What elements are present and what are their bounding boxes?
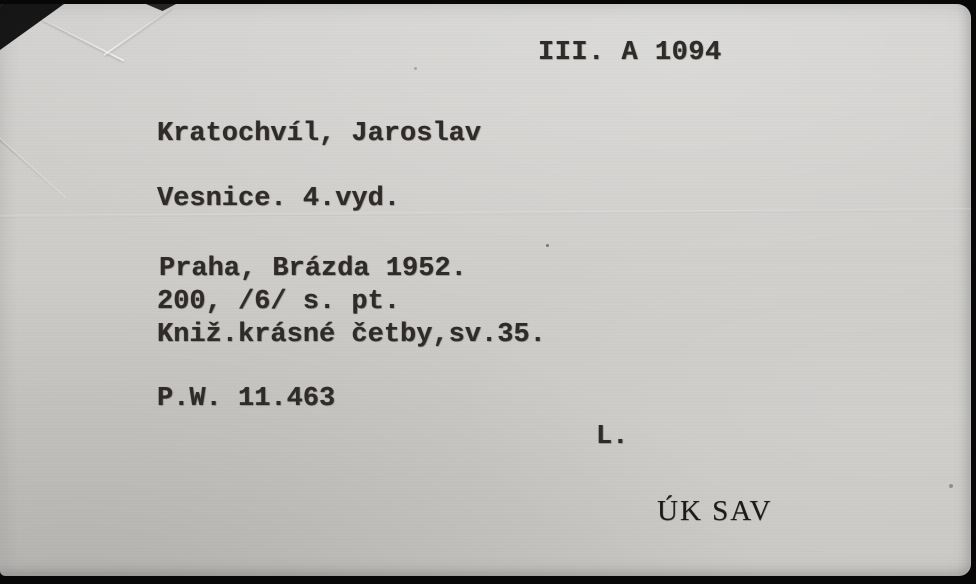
library-stamp: ÚK SAV: [657, 494, 772, 528]
catalog-card: III. A 1094 Kratochvíl, Jaroslav Vesnice…: [0, 4, 971, 576]
author-heading: Kratochvíl, Jaroslav: [157, 118, 481, 151]
speck: [949, 484, 953, 488]
scanner-background: III. A 1094 Kratochvíl, Jaroslav Vesnice…: [0, 0, 976, 584]
series-statement: Kniž.krásné četby,sv.35.: [157, 319, 546, 352]
corner-fold: [0, 4, 64, 50]
speck: [546, 244, 549, 247]
title-and-edition: Vesnice. 4.vyd.: [157, 183, 400, 216]
crease: [42, 18, 125, 62]
accession-number: P.W. 11.463: [157, 383, 335, 416]
corner-notch: [146, 4, 176, 11]
call-number: III. A 1094: [538, 37, 722, 70]
cataloguer-initial: L.: [596, 421, 628, 454]
speck: [414, 67, 417, 70]
crease: [0, 208, 971, 218]
crease: [0, 134, 65, 199]
crease: [103, 7, 171, 56]
collation: 200, /6/ s. pt.: [157, 286, 400, 319]
imprint: Praha, Brázda 1952.: [159, 253, 467, 286]
